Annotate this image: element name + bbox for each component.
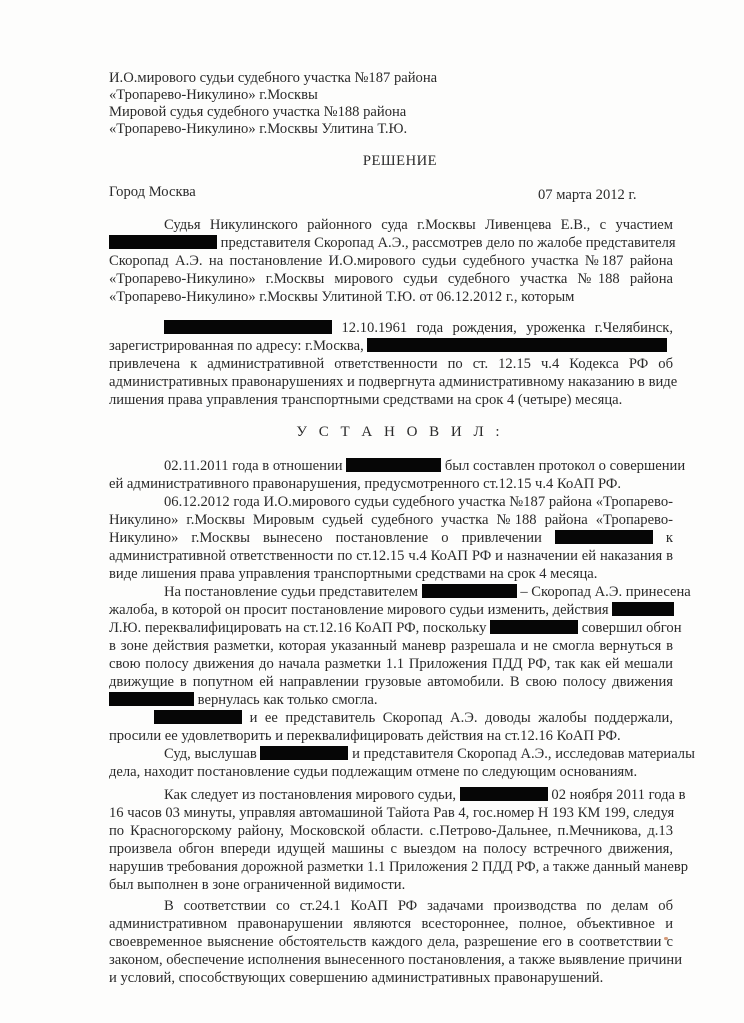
body-line: Никулино» г.Москвы вынесено постановлени…	[109, 530, 673, 547]
intro-line-1: Судья Никулинского районного суда г.Моск…	[109, 217, 673, 234]
body-line: и условий, способствующих совершению адм…	[109, 970, 673, 987]
redaction-box	[612, 602, 674, 616]
body-line: был выполнен в зоне ограниченной видимос…	[109, 877, 673, 894]
body-line: нарушив требования дорожной разметки 1.1…	[109, 859, 673, 876]
body-line: по Красногорскому району, Московской обл…	[109, 823, 673, 840]
body-line: Никулино» г.Москвы Мировым судьей судебн…	[109, 512, 673, 529]
body-line: законом, обеспечение исполнения вынесенн…	[109, 952, 673, 969]
person-line-3: привлечена к административной ответствен…	[109, 356, 673, 373]
intro-line-5: «Тропарево-Никулино» г.Москвы Улитиной Т…	[109, 289, 673, 306]
person-line-5: лишения права управления транспортными с…	[109, 392, 673, 409]
document-date: 07 марта 2012 г.	[538, 187, 636, 204]
document-title: РЕШЕНИЕ	[100, 153, 700, 170]
redaction-box	[260, 746, 348, 760]
redaction-box	[346, 458, 441, 472]
body-line: Л.Ю. переквалифицировать на ст.12.16 КоА…	[109, 620, 673, 637]
redaction-box	[490, 620, 578, 634]
redaction-box	[555, 530, 653, 544]
redaction-box	[154, 710, 242, 724]
body-line: произвела обгон впереди идущей машины с …	[109, 841, 673, 858]
scan-speck	[664, 937, 668, 940]
body-line: 02.11.2011 года в отношении был составле…	[109, 458, 673, 475]
section-heading: У С Т А Н О В И Л :	[100, 424, 700, 441]
person-line-2: зарегистрированная по адресу: г.Москва,	[109, 338, 673, 355]
person-line-4: административных правонарушениях и подве…	[109, 374, 673, 391]
body-line: Как следует из постановления мирового су…	[109, 787, 673, 804]
body-line: На постановление судьи представителем – …	[109, 584, 673, 601]
body-line: 06.12.2012 года И.О.мирового судьи судеб…	[109, 494, 673, 511]
header-line-3: Мировой судья судебного участка №188 рай…	[109, 104, 673, 121]
header-line-1: И.О.мирового судьи судебного участка №18…	[109, 70, 673, 87]
header-line-2: «Тропарево-Никулино» г.Москвы	[109, 87, 673, 104]
body-line: в зоне действия разметки, которая указан…	[109, 638, 673, 655]
redaction-box	[367, 338, 667, 352]
body-line: виде лишения права управления транспортн…	[109, 566, 673, 583]
body-line: свою полосу движения до начала разметки …	[109, 656, 673, 673]
intro-line-3: Скоропад А.Э. на постановление И.О.миров…	[109, 253, 673, 270]
intro-line-2: представителя Скоропад А.Э., рассмотрев …	[109, 235, 673, 252]
redaction-box	[109, 692, 194, 706]
body-line: Суд, выслушав и представителя Скоропад А…	[109, 746, 673, 763]
redaction-box	[460, 787, 548, 801]
redaction-box	[422, 584, 517, 598]
body-line: и ее представитель Скоропад А.Э. доводы …	[109, 710, 673, 727]
body-line: вернулась как только смогла.	[109, 692, 673, 709]
body-line: дела, находит постановление судьи подлеж…	[109, 764, 673, 781]
body-line: В соответствии со ст.24.1 КоАП РФ задача…	[109, 898, 673, 915]
body-line: движущие в попутном ей направлении грузо…	[109, 674, 673, 691]
redaction-box	[164, 320, 332, 334]
body-line: просили ее удовлетворить и переквалифици…	[109, 728, 673, 745]
body-line: жалоба, в которой он просит постановлени…	[109, 602, 673, 619]
header-line-4: «Тропарево-Никулино» г.Москвы Улитина Т.…	[109, 121, 673, 138]
body-line: ей административного правонарушения, пре…	[109, 476, 673, 493]
body-line: административной ответственности по ст.1…	[109, 548, 673, 565]
redaction-box	[109, 235, 217, 249]
intro-line-4: «Тропарево-Никулино» г.Москвы мирового с…	[109, 271, 673, 288]
body-line: 16 часов 03 минуты, управляя автомашиной…	[109, 805, 673, 822]
person-line-1: 12.10.1961 года рождения, уроженка г.Чел…	[109, 320, 673, 337]
court-decision-page: И.О.мирового судьи судебного участка №18…	[0, 0, 744, 1023]
body-line: своевременное выяснение обстоятельств ка…	[109, 934, 673, 951]
body-line: административном правонарушении являются…	[109, 916, 673, 933]
